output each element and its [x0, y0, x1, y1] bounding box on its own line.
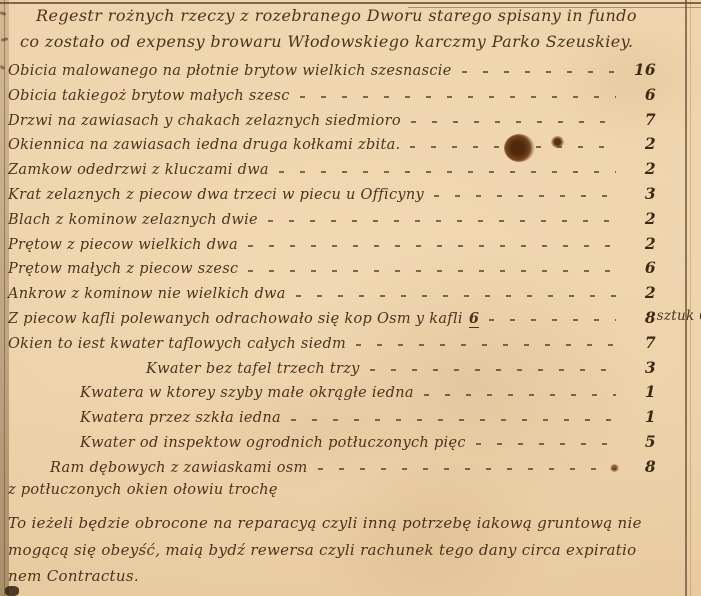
register-row: Prętow z piecow wielkich dwa2	[8, 234, 656, 259]
dot-leader	[356, 344, 616, 346]
row-value: 2	[626, 234, 656, 253]
corner-ink-mark	[5, 586, 19, 596]
row-value: 7	[626, 333, 656, 352]
row-value: 3	[626, 184, 656, 203]
row-text: Kwatera w ktorey szyby małe okrągłe iedn…	[80, 385, 414, 401]
register-row: Drzwi na zawiasach y chakach zelaznych s…	[8, 110, 656, 135]
row-value: 2	[626, 283, 656, 302]
row-text: Kwatera przez szkła iedna	[80, 410, 281, 426]
dot-leader	[268, 220, 616, 222]
dot-leader	[370, 369, 616, 371]
row-value: 8	[626, 457, 656, 476]
row-text: Kwater bez tafel trzech trzy	[146, 361, 360, 377]
dot-leader	[288, 493, 646, 495]
dot-leader	[462, 71, 616, 73]
row-text: Zamkow odedrzwi z kluczami dwa	[8, 162, 269, 178]
row-value: 2	[626, 134, 656, 153]
register-row: Ram dębowych z zawiaskami osm8	[8, 457, 656, 482]
dot-leader	[300, 96, 616, 98]
manuscript-page: Regestr rożnych rzeczy z rozebranego Dwo…	[0, 0, 701, 596]
dot-leader	[424, 394, 616, 396]
row-text: Krat zelaznych z piecow dwa trzeci w pie…	[8, 187, 424, 203]
register-row: Zamkow odedrzwi z kluczami dwa2	[8, 159, 656, 184]
row-text: Prętow małych z piecow szesc	[8, 261, 238, 277]
dot-leader	[279, 171, 616, 173]
closing-note: To ieżeli będzie obrocone na reparacyą c…	[8, 510, 696, 590]
register-row: Ankrow z kominow nie wielkich dwa2	[8, 283, 656, 308]
dot-leader	[411, 121, 616, 123]
ink-spot	[610, 464, 619, 472]
row-value: 7	[626, 110, 656, 129]
row-text: Okien to iest kwater taflowych całych si…	[8, 336, 346, 352]
right-margin-line	[685, 0, 687, 596]
row-inline-number: 6	[469, 310, 479, 328]
register-title-line2: co zostało od expensy browaru Włodowskie…	[20, 32, 680, 51]
dot-leader	[248, 245, 616, 247]
dot-leader	[248, 270, 616, 272]
row-text: Prętow z piecow wielkich dwa	[8, 237, 238, 253]
right-margin-line-2	[690, 0, 691, 596]
closing-note-line1: To ieżeli będzie obrocone na reparacyą c…	[8, 510, 696, 537]
row-value: 8	[626, 308, 656, 327]
register-row: z potłuczonych okien ołowiu trochę	[8, 482, 656, 507]
top-rule-line	[0, 2, 701, 4]
row-text: Obicia malowanego na płotnie brytow wiel…	[8, 63, 452, 79]
dot-leader	[318, 468, 616, 470]
row-value: 1	[626, 382, 656, 401]
row-value: 16	[626, 60, 656, 79]
register-row: Okien to iest kwater taflowych całych si…	[8, 333, 656, 358]
register-row: Z piecow kafli polewanych odrachowało si…	[8, 308, 656, 333]
row-text: Obicia takiegoż brytow małych szesc	[8, 88, 290, 104]
register-row: Obicia malowanego na płotnie brytow wiel…	[8, 60, 656, 85]
dot-leader	[296, 295, 616, 297]
row-value: 1	[626, 407, 656, 426]
register-row: Kwatera przez szkła iedna1	[8, 407, 656, 432]
closing-note-line3: nem Contractus.	[8, 563, 696, 590]
row-text: Ram dębowych z zawiaskami osm	[50, 460, 308, 476]
row-text: z potłuczonych okien ołowiu trochę	[8, 482, 278, 498]
row-text: Kwater od inspektow ogrodnich potłuczony…	[80, 435, 466, 451]
row-value: 3	[626, 358, 656, 377]
register-row: Kwater od inspektow ogrodnich potłuczony…	[8, 432, 656, 457]
row-value: 5	[626, 432, 656, 451]
dot-leader	[476, 443, 616, 445]
register-row: Prętow małych z piecow szesc6	[8, 258, 656, 283]
row-value: 2	[626, 159, 656, 178]
row-text: Ankrow z kominow nie wielkich dwa	[8, 286, 286, 302]
row-text: Z piecow kafli polewanych odrachowało si…	[8, 311, 463, 327]
ink-blot-large	[504, 134, 535, 162]
row-text: Drzwi na zawiasach y chakach zelaznych s…	[8, 113, 401, 129]
dot-leader	[489, 319, 616, 321]
row-text: Blach z kominow zelaznych dwie	[8, 212, 258, 228]
dot-leader	[291, 419, 616, 421]
row-suffix: sztuk 6	[657, 308, 701, 324]
dot-leader	[434, 195, 616, 197]
closing-note-line2: mogącą się obeyść, maią bydź rewersa czy…	[8, 537, 696, 564]
register-row: Kwater bez tafel trzech trzy3	[8, 358, 656, 383]
register-rows: Obicia malowanego na płotnie brytow wiel…	[8, 60, 656, 506]
row-value: 6	[626, 258, 656, 277]
row-text: Okiennica na zawiasach iedna druga kołka…	[8, 137, 400, 153]
register-row: Obicia takiegoż brytow małych szesc6	[8, 85, 656, 110]
row-value: 6	[626, 85, 656, 104]
register-title-line1: Regestr rożnych rzeczy z rozebranego Dwo…	[36, 6, 696, 25]
register-row: Kwatera w ktorey szyby małe okrągłe iedn…	[8, 382, 656, 407]
register-row: Krat zelaznych z piecow dwa trzeci w pie…	[8, 184, 656, 209]
ink-blot-small	[551, 136, 564, 148]
row-value: 2	[626, 209, 656, 228]
register-row: Blach z kominow zelaznych dwie2	[8, 209, 656, 234]
